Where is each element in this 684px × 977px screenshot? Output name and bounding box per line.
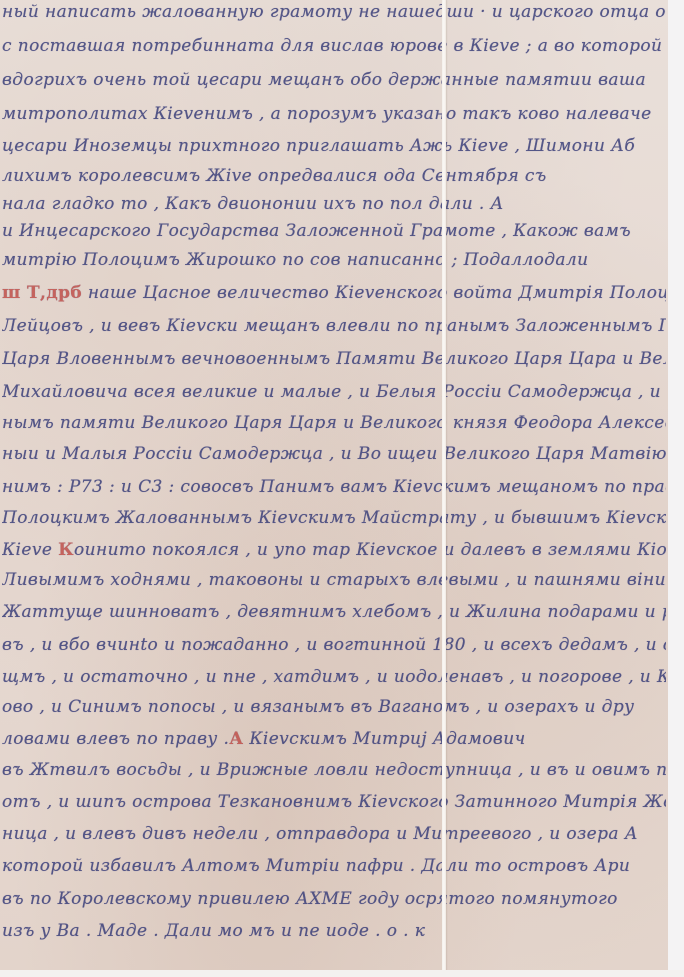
- manuscript-line: Ливымимъ ходнями , таковоны и старыхъ вл…: [2, 570, 666, 590]
- scan-margin-bottom: [0, 970, 684, 977]
- manuscript-line-rubric: ш Т,дрб наше Цасное величество Кievенско…: [2, 283, 666, 303]
- page-fold-crease: [442, 0, 446, 977]
- manuscript-line: лихимъ королевсимъ Жivе опредвалися ода …: [2, 166, 666, 186]
- manuscript-line: отъ , и шипъ острова Тезкановнимъ Кievск…: [2, 792, 666, 812]
- manuscript-line: Царя Вловеннымъ вечновоеннымъ Памяти Вел…: [2, 349, 666, 369]
- scan-margin-right: [668, 0, 684, 977]
- manuscript-line: нымъ памяти Великого Царя Царя и Великог…: [2, 413, 666, 433]
- manuscript-line: въ Жтвилъ восьды , и Врижные ловли недос…: [2, 760, 666, 780]
- rubric-initial: А: [229, 729, 243, 749]
- manuscript-text-block: ный написать жалованную грамоту не нашед…: [0, 0, 668, 970]
- manuscript-line-text: Кievе: [2, 540, 58, 560]
- manuscript-line: цесари Иноземцы прихтного приглашать Ажь…: [2, 136, 666, 156]
- manuscript-line: ница , и влевъ дивъ недели , отправдора …: [2, 824, 666, 844]
- manuscript-line-rubric: Кievе Коинито покоялся , и упо тар Кievс…: [2, 540, 666, 560]
- manuscript-line: нимъ : Р73 : и С3 : совосвъ Панимъ вамъ …: [2, 477, 666, 497]
- manuscript-line: и Инцесарского Государства Заложенной Гр…: [2, 221, 666, 241]
- manuscript-line-rubric: ловами влевъ по праву .А Кievскимъ Митри…: [2, 729, 666, 749]
- manuscript-line: ово , и Синимъ попосы , и вязанымъ въ Ва…: [2, 697, 666, 717]
- rubric-initial: К: [58, 540, 74, 560]
- manuscript-line: нала гладко то , Какъ двиононии ихъ по п…: [2, 194, 666, 214]
- rubric-initial: ш Т,дрб: [2, 283, 82, 303]
- manuscript-line: вдогрихъ очень той цесари мещанъ обо дер…: [2, 70, 666, 90]
- manuscript-line: ный написать жалованную грамоту не нашед…: [2, 2, 666, 22]
- manuscript-line: Михайловича всея великие и малые , и Бел…: [2, 382, 666, 402]
- manuscript-line: Полоцкимъ Жалованнымъ Кievскимъ Майстрат…: [2, 508, 666, 528]
- manuscript-line: Жаттуще шинноватъ , девятнимъ хлебомъ , …: [2, 602, 666, 622]
- manuscript-line: ныи и Малыя Россiи Самодержца , и Во ище…: [2, 444, 666, 464]
- manuscript-line: Лейцовъ , и вевъ Кievски мещанъ влевли п…: [2, 316, 666, 336]
- manuscript-line-text: Кievскимъ Митриj Адамович: [244, 729, 526, 749]
- manuscript-scan: ный написать жалованную грамоту не нашед…: [0, 0, 684, 977]
- manuscript-line: въ , и вбо вчинto и пожаданно , и вогтин…: [2, 635, 666, 655]
- manuscript-line: митрополитах Кievенимъ , а порозумъ указ…: [2, 104, 666, 124]
- manuscript-line-text: наше Цасное величество Кievенского войта…: [82, 283, 666, 303]
- manuscript-line: изъ у Ва . Маде . Дали мо мъ и пе иоде .…: [2, 921, 666, 941]
- manuscript-line: щмъ , и остаточно , и пне , хатдимъ , и …: [2, 667, 666, 687]
- manuscript-line: митрiю Полоцимъ Жирошко по сов написанно…: [2, 250, 666, 270]
- manuscript-line: с поставшая потребинната для вислав юров…: [2, 36, 666, 56]
- manuscript-line: которой избавилъ Алтомъ Митрiи пафри . Д…: [2, 856, 666, 876]
- manuscript-line-text: оинито покоялся , и упо тар Кievское и д…: [74, 540, 666, 560]
- manuscript-line: въ по Королевскому привилею АХМЕ году ос…: [2, 889, 666, 909]
- manuscript-line-text: ловами влевъ по праву .: [2, 729, 229, 749]
